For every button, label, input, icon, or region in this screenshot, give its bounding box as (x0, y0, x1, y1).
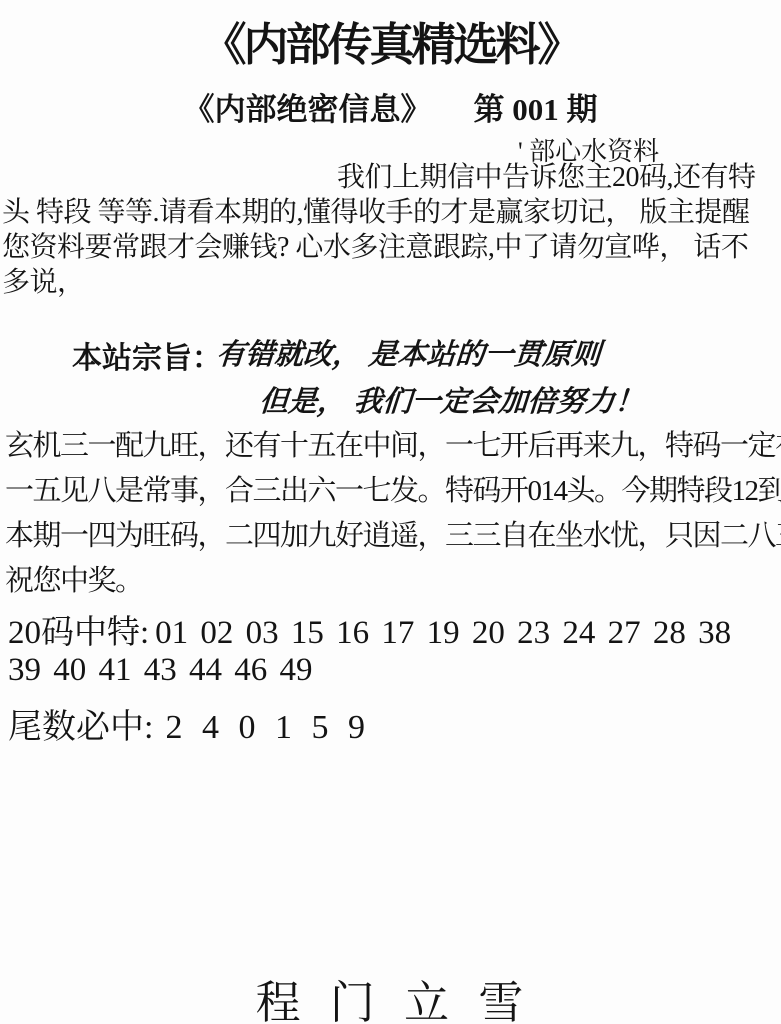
issue-number: 第 001 期 (474, 84, 598, 129)
intro-line-1: 我们上期信中告诉您主20码,还有特 (0, 160, 781, 195)
subtitle-secret-info: 《内部绝密信息》 (184, 84, 432, 129)
twenty-codes-label: 20码中特: (8, 615, 149, 651)
site-motto-line-2: 但是， 我们一定会加倍努力！ (258, 379, 645, 420)
intro-line-3: 您资料要常跟才会赚钱? 心水多注意跟踪,中了请勿宣哗， 话不 (0, 230, 781, 265)
tail-numbers-values: 2 4 0 1 5 9 (165, 709, 365, 746)
tail-numbers-label: 尾数必中: (8, 709, 153, 746)
verse-paragraph: 玄机三一配九旺，还有十五在中间，一七开后再来九，特码一定在二七 一五见八是常事，… (5, 424, 781, 604)
intro-line-4: 多说， (0, 265, 781, 300)
site-motto-line-1: 有错就改， 是本站的一贯原则 (215, 332, 602, 373)
fax-document-page: 《内部传真精选料》 《内部绝密信息》 第 001 期 ' 部心水资料 我们上期信… (0, 0, 781, 1024)
intro-paragraph: 我们上期信中告诉您主20码,还有特 头 特段 等等.请看本期的,懂得收手的才是赢… (0, 160, 781, 300)
twenty-codes-numbers-1: 01 02 03 15 16 17 19 20 23 24 27 28 38 (155, 615, 731, 651)
site-motto-label: 本站宗旨： (72, 333, 222, 377)
twenty-codes-line-1: 20码中特:01 02 03 15 16 17 19 20 23 24 27 2… (8, 606, 731, 653)
twenty-codes-numbers-2: 39 40 41 43 44 46 49 (8, 652, 313, 688)
subtitle-row: 《内部绝密信息》 第 001 期 (0, 84, 781, 129)
document-title: 《内部传真精选料》 (0, 8, 781, 73)
verse-line-4: 祝您中奖。 (5, 559, 781, 604)
twenty-codes-line-2: 39 40 41 43 44 46 49 (8, 652, 313, 689)
verse-line-2: 一五见八是常事，合三出六一七发。特码开014头。今期特段12到34, (5, 469, 781, 514)
tail-numbers-line: 尾数必中:2 4 0 1 5 9 (8, 699, 365, 748)
verse-line-3: 本期一四为旺码，二四加九好逍遥，三三自在坐水忧，只因二八三七合 (5, 514, 781, 559)
intro-line-2: 头 特段 等等.请看本期的,懂得收手的才是赢家切记， 版主提醒 (0, 195, 781, 230)
footer-idiom: 程 门 立 雪 (0, 966, 781, 1024)
verse-line-1: 玄机三一配九旺，还有十五在中间，一七开后再来九，特码一定在二七 (5, 424, 781, 469)
